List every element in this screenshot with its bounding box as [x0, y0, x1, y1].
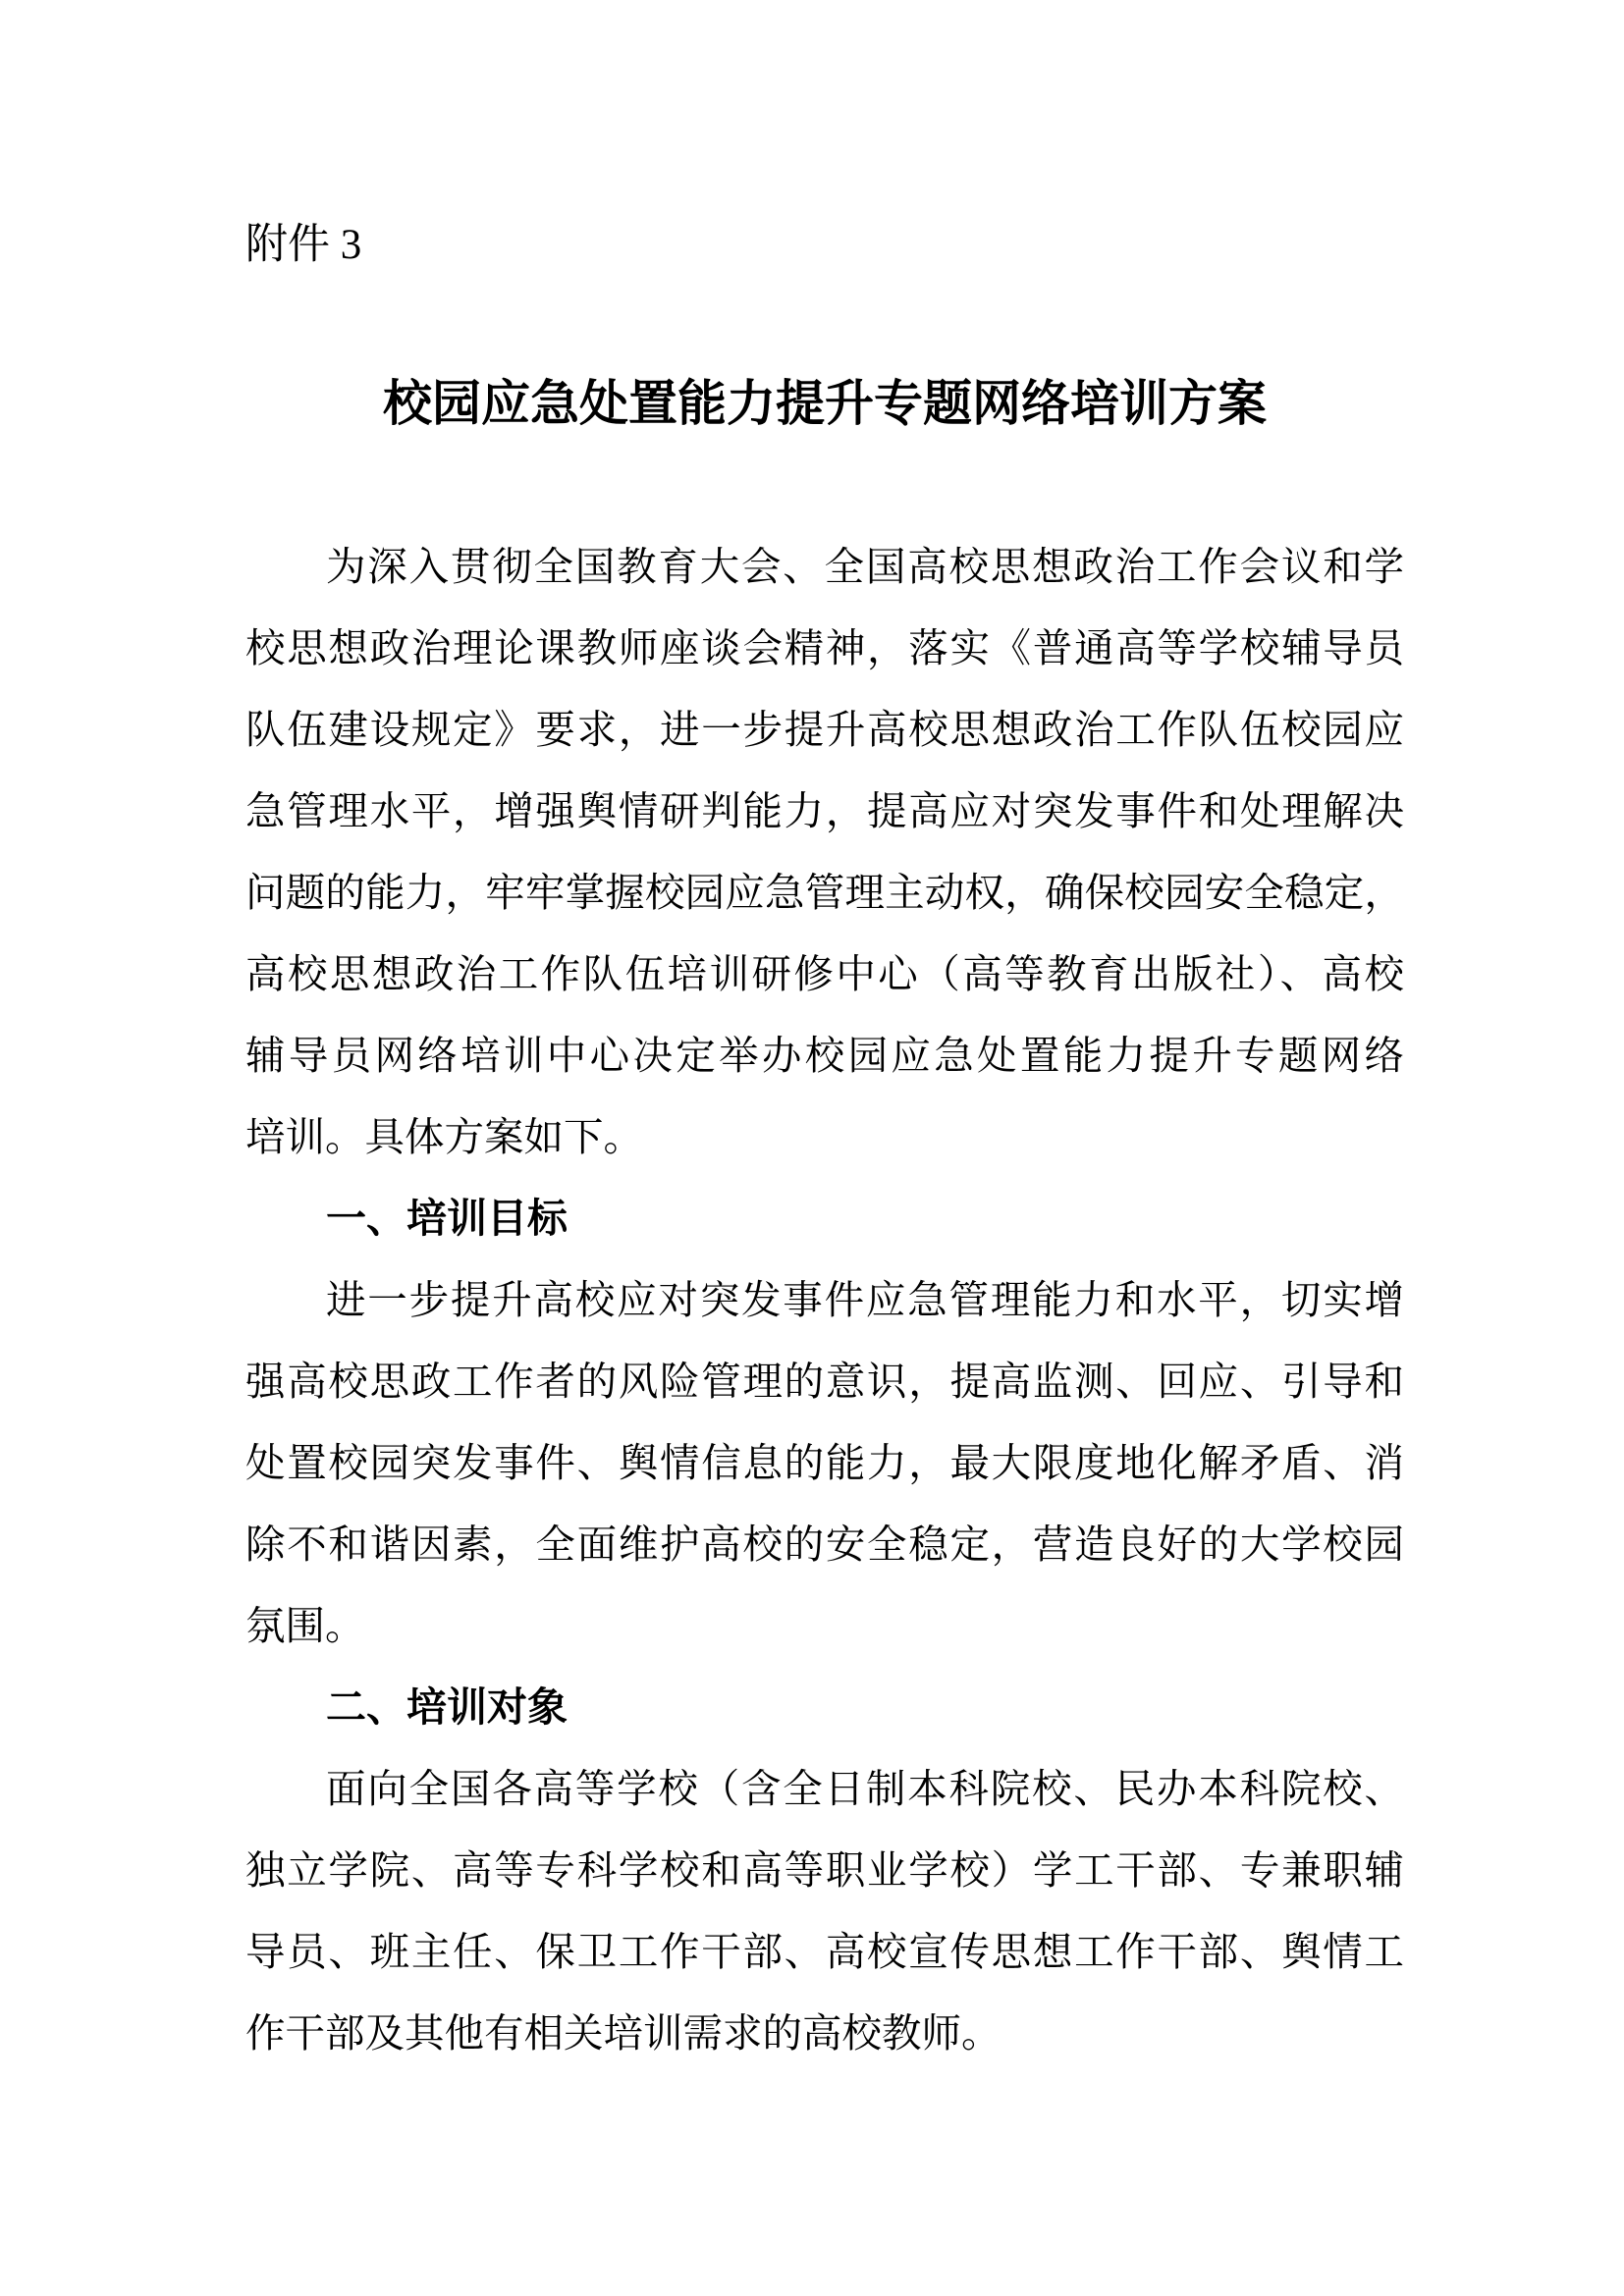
document-title: 校园应急处置能力提升专题网络培训方案	[245, 375, 1404, 432]
section-2-line: 独立学院、高等专科学校和高等职业学校）学工干部、专兼职辅	[245, 1830, 1404, 1911]
section-2-line: 导员、班主任、保卫工作干部、高校宣传思想工作干部、舆情工	[245, 1911, 1404, 1993]
intro-line: 培训。具体方案如下。	[245, 1096, 1404, 1178]
intro-line: 辅导员网络培训中心决定举办校园应急处置能力提升专题网络	[245, 1015, 1404, 1096]
section-1-heading: 一、培训目标	[245, 1178, 1404, 1259]
intro-line: 队伍建设规定》要求，进一步提升高校思想政治工作队伍校园应	[245, 689, 1404, 771]
section-2-heading: 二、培训对象	[245, 1667, 1404, 1748]
section-1-line: 氛围。	[245, 1585, 1404, 1667]
intro-line: 急管理水平，增强舆情研判能力，提高应对突发事件和处理解决	[245, 771, 1404, 852]
section-1-line: 处置校园突发事件、舆情信息的能力，最大限度地化解矛盾、消	[245, 1422, 1404, 1504]
section-1-line: 强高校思政工作者的风险管理的意识，提高监测、回应、引导和	[245, 1341, 1404, 1422]
intro-line: 问题的能力，牢牢掌握校园应急管理主动权，确保校园安全稳定，	[245, 852, 1404, 934]
document-body: 为深入贯彻全国教育大会、全国高校思想政治工作会议和学 校思想政治理论课教师座谈会…	[245, 526, 1404, 2074]
attachment-label: 附件 3	[245, 220, 1404, 271]
intro-line: 高校思想政治工作队伍培训研修中心（高等教育出版社）、高校	[245, 934, 1404, 1015]
intro-line: 为深入贯彻全国教育大会、全国高校思想政治工作会议和学	[245, 526, 1404, 608]
intro-line: 校思想政治理论课教师座谈会精神，落实《普通高等学校辅导员	[245, 608, 1404, 689]
section-2-line: 面向全国各高等学校（含全日制本科院校、民办本科院校、	[245, 1748, 1404, 1830]
section-1-line: 进一步提升高校应对突发事件应急管理能力和水平，切实增	[245, 1259, 1404, 1341]
document-page: 附件 3 校园应急处置能力提升专题网络培训方案 为深入贯彻全国教育大会、全国高校…	[0, 0, 1624, 2296]
section-1-line: 除不和谐因素，全面维护高校的安全稳定，营造良好的大学校园	[245, 1504, 1404, 1585]
section-2-line: 作干部及其他有相关培训需求的高校教师。	[245, 1993, 1404, 2074]
